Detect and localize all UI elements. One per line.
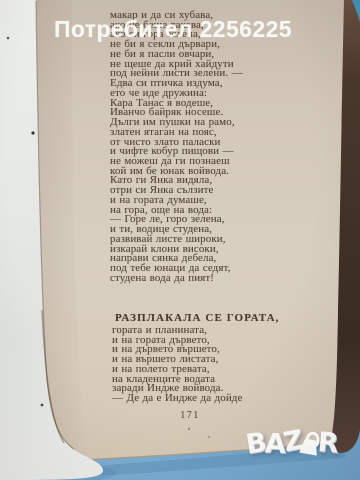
brand-letter: R <box>317 429 340 458</box>
speck <box>31 131 34 134</box>
poem-text-block-2: гората и планината, и на гората дървето,… <box>112 326 243 404</box>
poem-text-block: макар и да си хубава, ако не беше такава… <box>110 11 243 284</box>
brand-watermark: B A Z R <box>246 427 340 457</box>
page-number: 171 <box>170 410 210 421</box>
poem-title: РАЗПЛАКАЛА СЕ ГОРАТА, <box>115 312 279 324</box>
poem-line: студена вода да пият! <box>110 274 243 284</box>
speck <box>188 428 190 430</box>
speck <box>208 436 210 438</box>
speck <box>7 37 10 40</box>
speck <box>41 404 44 407</box>
poem-line: — Де да е Индже да дойде <box>112 394 243 404</box>
book-page-photo: макар и да си хубава, ако не беше такава… <box>0 0 360 480</box>
user-watermark: Потребител 2256225 <box>54 16 292 43</box>
